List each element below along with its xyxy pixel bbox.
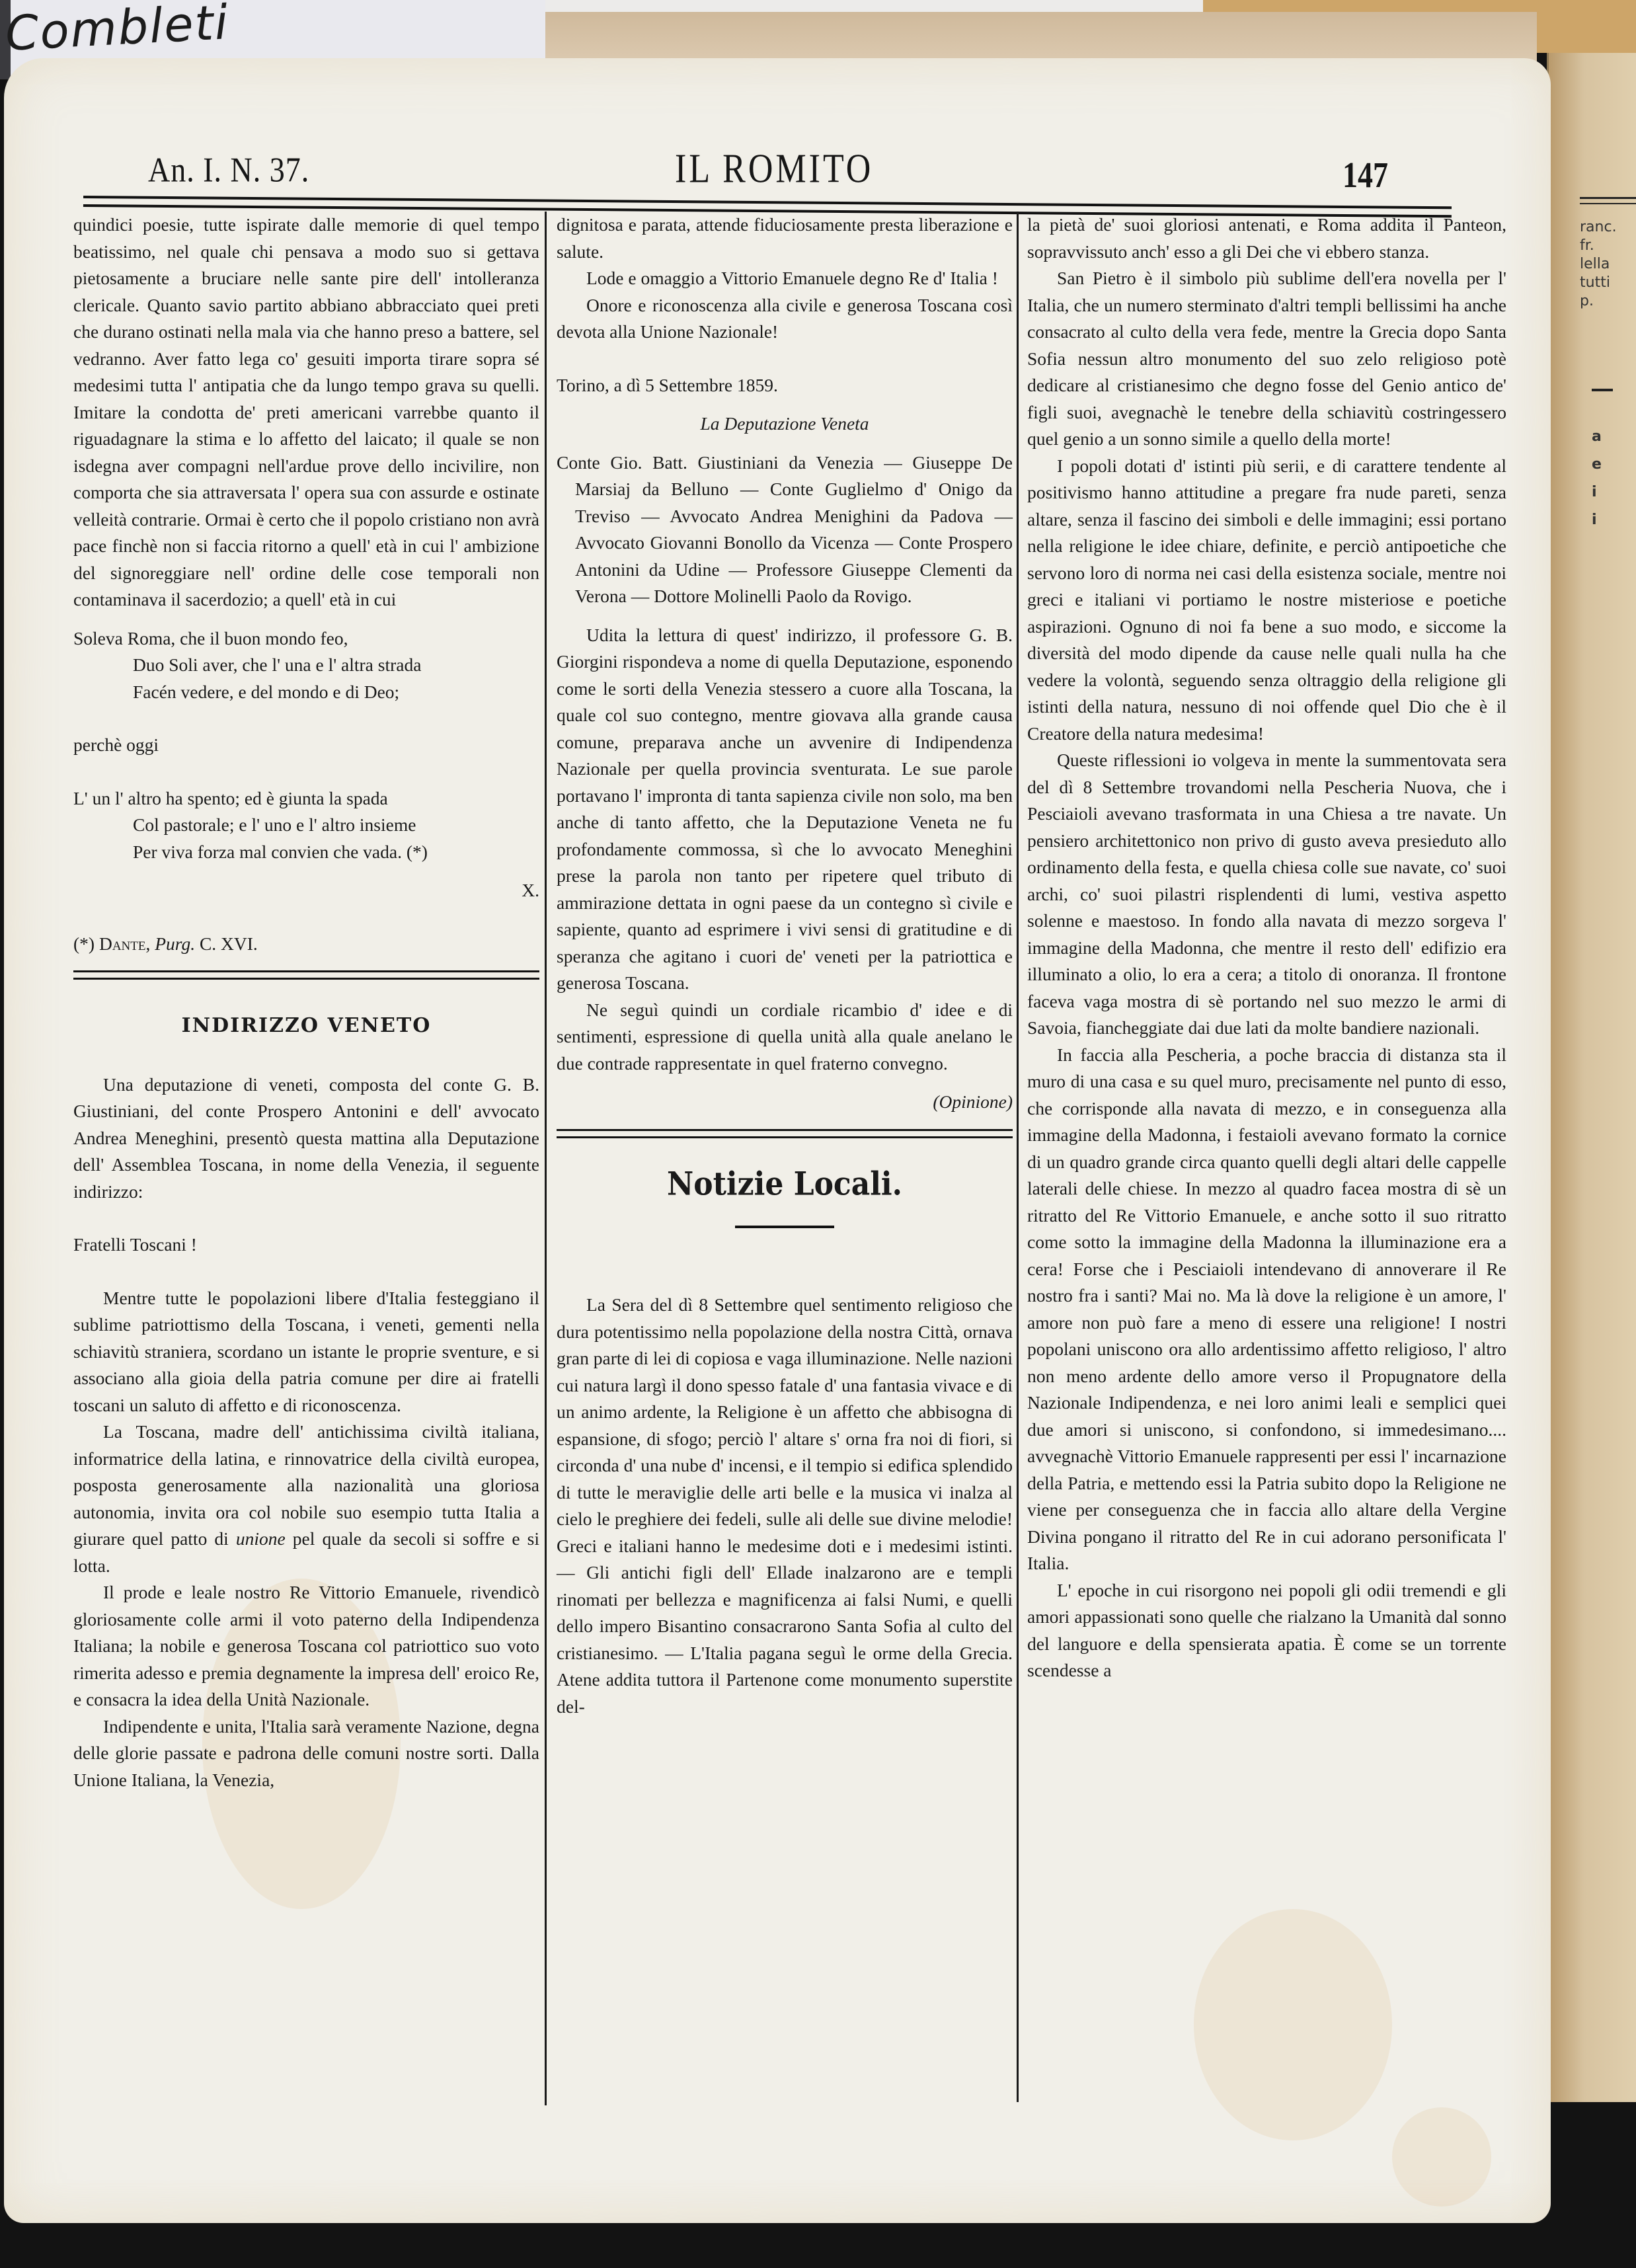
- acclamation: Onore e riconoscenza alla civile e gener…: [557, 292, 1013, 346]
- paragraph: In faccia alla Pescheria, a poche bracci…: [1027, 1042, 1506, 1577]
- section-double-rule: [557, 1129, 1013, 1138]
- adjacent-page-short-rule: [1592, 389, 1613, 391]
- paragraph: la pietà de' suoi gloriosi antenati, e R…: [1027, 212, 1506, 265]
- footnote: (*) Dante, Purg. C. XVI.: [73, 931, 539, 958]
- paragraph: I popoli dotati d' istinti più serii, e …: [1027, 453, 1506, 748]
- verse-line: Col pastorale; e l' uno e l' altro insie…: [133, 812, 539, 839]
- verse-line: Duo Soli aver, che l' una e l' altra str…: [133, 652, 539, 679]
- column-3: la pietà de' suoi gloriosi antenati, e R…: [1027, 212, 1506, 1684]
- acclamation: Lode e omaggio a Vittorio Emanuele degno…: [557, 265, 1013, 292]
- source-attribution: (Opinione): [557, 1089, 1013, 1116]
- paragraph: Udita la lettura di quest' indirizzo, il…: [557, 622, 1013, 997]
- adjacent-page-text: ranc. fr. lella tutti p.: [1580, 218, 1617, 311]
- adjacent-page-letters: a e i i: [1592, 423, 1602, 534]
- verse-line: L' un l' altro ha spento; ed è giunta la…: [73, 785, 539, 812]
- column-1: quindici poesie, tutte ispirate dalle me…: [73, 212, 539, 1793]
- dateline: Torino, a dì 5 Settembre 1859.: [557, 372, 1013, 399]
- masthead: An. I. N. 37. IL ROMITO 147: [4, 58, 1551, 204]
- section-heading-notizie-locali: Notizie Locali.: [557, 1169, 1013, 1199]
- deputation-members: Conte Gio. Batt. Giustiniani da Venezia …: [557, 450, 1013, 610]
- paragraph: L' epoche in cui risorgono nei popoli gl…: [1027, 1577, 1506, 1684]
- verse-line: Facén vedere, e del mondo e di Deo;: [133, 679, 539, 706]
- adjacent-page: [1547, 53, 1636, 2102]
- paragraph: San Pietro è il simbolo più sublime dell…: [1027, 265, 1506, 453]
- paragraph: Ne seguì quindi un cordiale ricambio d' …: [557, 997, 1013, 1077]
- section-heading-indirizzo-veneto: INDIRIZZO VENETO: [73, 1013, 539, 1040]
- column-divider: [1017, 212, 1019, 2102]
- paragraph: Mentre tutte le popolazioni libere d'Ita…: [73, 1285, 539, 1419]
- column-2: dignitosa e parata, attende fiduciosamen…: [557, 212, 1013, 1720]
- column-divider: [545, 212, 547, 2105]
- newspaper-title: IL ROMITO: [675, 145, 873, 192]
- paragraph: Queste riflessioni io volgeva in mente l…: [1027, 747, 1506, 1042]
- address-greeting: Fratelli Toscani !: [73, 1232, 539, 1259]
- article-continuation: dignitosa e parata, attende fiduciosamen…: [557, 212, 1013, 265]
- newspaper-page: An. I. N. 37. IL ROMITO 147 quindici poe…: [4, 58, 1551, 2223]
- short-rule: [735, 1226, 834, 1228]
- verse-line: Soleva Roma, che il buon mondo feo,: [73, 625, 539, 652]
- adjacent-page-rule: [1580, 197, 1636, 204]
- paragraph: La Toscana, madre dell' antichissima civ…: [73, 1419, 539, 1579]
- author-signature: X.: [73, 877, 539, 904]
- foxing-stain: [1392, 2107, 1491, 2207]
- page-number: 147: [1343, 154, 1388, 196]
- handwritten-note: Combleti: [4, 0, 231, 61]
- signatory: La Deputazione Veneta: [557, 411, 1013, 438]
- article-continuation: quindici poesie, tutte ispirate dalle me…: [73, 212, 539, 613]
- paragraph: Il prode e leale nostro Re Vittorio Eman…: [73, 1579, 539, 1713]
- verse-line: Per viva forza mal convien che vada. (*): [133, 839, 539, 866]
- foxing-stain: [1194, 1909, 1392, 2140]
- interlude-text: perchè oggi: [73, 732, 539, 759]
- paragraph: Una deputazione di veneti, composta del …: [73, 1072, 539, 1206]
- paragraph: Indipendente e unita, l'Italia sarà vera…: [73, 1713, 539, 1794]
- paragraph: La Sera del dì 8 Settembre quel sentimen…: [557, 1292, 1013, 1720]
- section-double-rule: [73, 970, 539, 980]
- issue-number: An. I. N. 37.: [148, 149, 309, 190]
